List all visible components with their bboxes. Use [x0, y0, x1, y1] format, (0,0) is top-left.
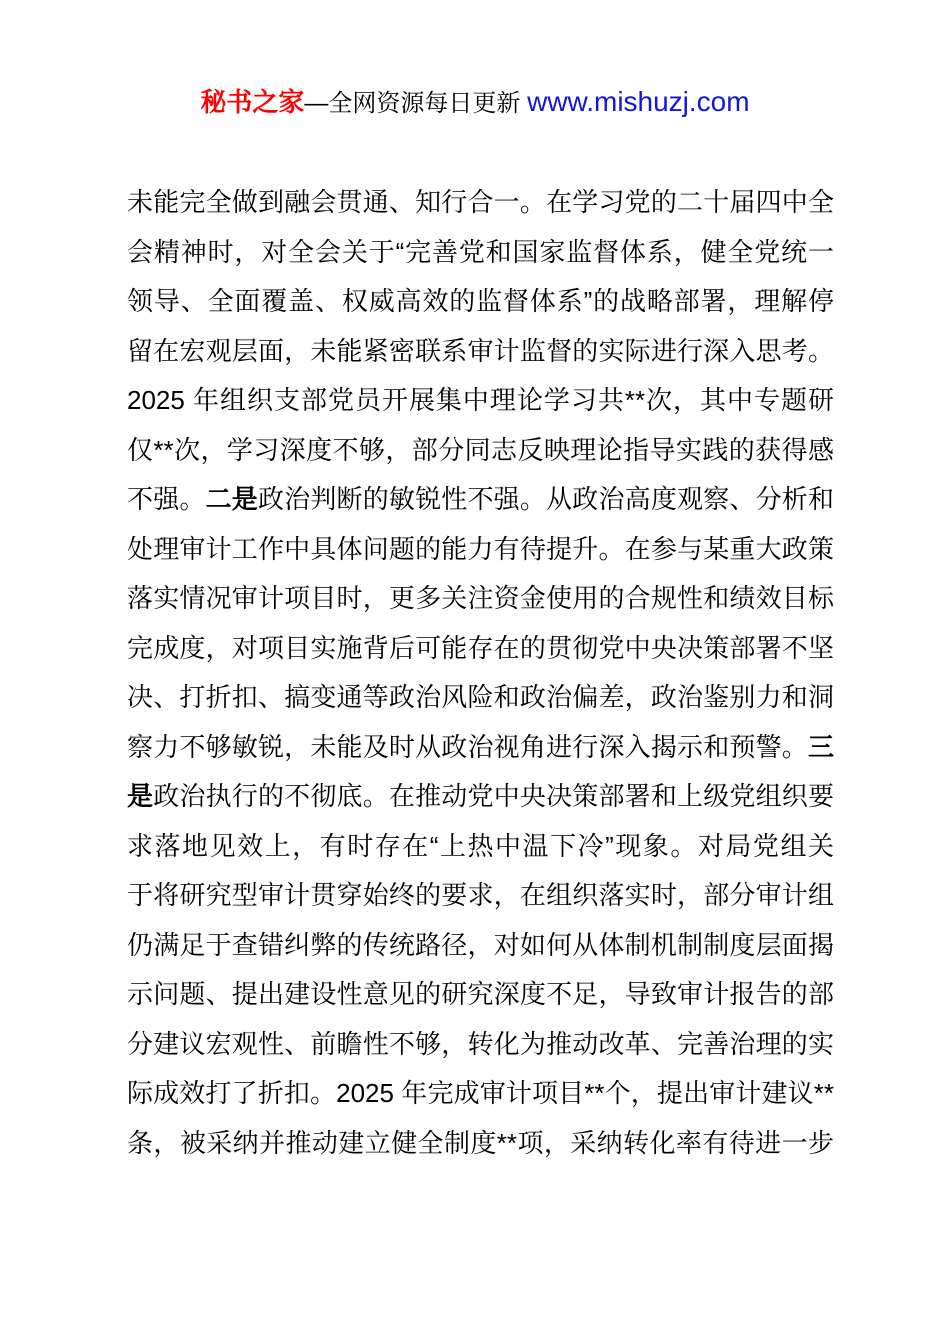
text-segment: 未能完全做到融会贯通、知行合一。在学习党的二十届四中全: [127, 187, 834, 217]
text-segment: 留在宏观层面，未能紧密联系审计监督的实际进行深入思考。: [127, 336, 834, 366]
document-body: 未能完全做到融会贯通、知行合一。在学习党的二十届四中全会精神时，对全会关于“完善…: [127, 178, 834, 1168]
text-segment: 政治判断的敏锐性不强。从政治高度观察、分析和: [258, 484, 834, 514]
text-segment: 际成效打了折扣。2025 年完成审计项目**个，提出审计建议**: [127, 1078, 834, 1108]
text-line: 不强。二是政治判断的敏锐性不强。从政治高度观察、分析和: [127, 475, 834, 525]
text-segment: 于将研究型审计贯穿始终的要求，在组织落实时，部分审计组: [127, 880, 834, 910]
text-segment: 2025 年组织支部党员开展集中理论学习共**次，其中专题研讨: [127, 385, 834, 426]
text-segment: 分建议宏观性、前瞻性不够，转化为推动改革、完善治理的实: [127, 1029, 834, 1059]
text-line: 落实情况审计项目时，更多关注资金使用的合规性和绩效目标: [127, 574, 834, 624]
text-segment: 三: [808, 732, 834, 762]
text-line: 际成效打了折扣。2025 年完成审计项目**个，提出审计建议**: [127, 1069, 834, 1119]
text-line: 求落地见效上，有时存在“上热中温下冷”现象。对局党组关: [127, 822, 834, 872]
text-segment: 察力不够敏锐，未能及时从政治视角进行深入揭示和预警。: [127, 732, 808, 762]
text-line: 于将研究型审计贯穿始终的要求，在组织落实时，部分审计组: [127, 871, 834, 921]
text-segment: 仍满足于查错纠弊的传统路径，对如何从体制机制制度层面揭: [127, 930, 834, 960]
text-line: 留在宏观层面，未能紧密联系审计监督的实际进行深入思考。: [127, 327, 834, 377]
site-header: 秘书之家—全网资源每日更新 www.mishuzj.com: [0, 84, 950, 122]
header-dash: —: [304, 90, 328, 117]
text-line: 仅**次，学习深度不够，部分同志反映理论指导实践的获得感: [127, 426, 834, 476]
text-segment: 落实情况审计项目时，更多关注资金使用的合规性和绩效目标: [127, 583, 834, 613]
text-line: 完成度，对项目实施背后可能存在的贯彻党中央决策部署不坚: [127, 624, 834, 674]
text-segment: 仅**次，学习深度不够，部分同志反映理论指导实践的获得感: [127, 435, 834, 465]
text-line: 分建议宏观性、前瞻性不够，转化为推动改革、完善治理的实: [127, 1020, 834, 1070]
text-segment: 政治执行的不彻底。在推动党中央决策部署和上级党组织要: [153, 781, 834, 811]
text-line: 仍满足于查错纠弊的传统路径，对如何从体制机制制度层面揭: [127, 921, 834, 971]
text-line: 是政治执行的不彻底。在推动党中央决策部署和上级党组织要: [127, 772, 834, 822]
text-line: 未能完全做到融会贯通、知行合一。在学习党的二十届四中全: [127, 178, 834, 228]
text-segment: 处理审计工作中具体问题的能力有待提升。在参与某重大政策: [127, 534, 834, 564]
text-line: 决、打折扣、搞变通等政治风险和政治偏差，政治鉴别力和洞: [127, 673, 834, 723]
text-segment: 二是: [206, 484, 258, 514]
text-segment: 会精神时，对全会关于“完善党和国家监督体系，健全党统一: [127, 237, 834, 267]
site-tagline: 全网资源每日更新: [328, 90, 527, 117]
text-line: 2025 年组织支部党员开展集中理论学习共**次，其中专题研讨: [127, 376, 834, 426]
text-segment: 是: [127, 781, 153, 811]
text-segment: 不强。: [127, 484, 206, 514]
text-line: 领导、全面覆盖、权威高效的监督体系”的战略部署，理解停: [127, 277, 834, 327]
site-name-text: 秘书之家: [200, 87, 304, 117]
text-segment: 领导、全面覆盖、权威高效的监督体系”的战略部署，理解停: [127, 286, 834, 316]
text-segment: 条，被采纳并推动建立健全制度**项，采纳转化率有待进一步: [127, 1128, 834, 1158]
text-line: 条，被采纳并推动建立健全制度**项，采纳转化率有待进一步: [127, 1119, 834, 1169]
text-line: 会精神时，对全会关于“完善党和国家监督体系，健全党统一: [127, 228, 834, 278]
text-segment: 示问题、提出建设性意见的研究深度不足，导致审计报告的部: [127, 979, 834, 1009]
text-line: 处理审计工作中具体问题的能力有待提升。在参与某重大政策: [127, 525, 834, 575]
text-line: 察力不够敏锐，未能及时从政治视角进行深入揭示和预警。三: [127, 723, 834, 773]
text-segment: 求落地见效上，有时存在“上热中温下冷”现象。对局党组关: [127, 831, 834, 861]
text-segment: 决、打折扣、搞变通等政治风险和政治偏差，政治鉴别力和洞: [127, 682, 834, 712]
site-url-link[interactable]: www.mishuzj.com: [527, 86, 749, 117]
document-page: 秘书之家—全网资源每日更新 www.mishuzj.com 未能完全做到融会贯通…: [0, 0, 950, 1344]
text-line: 示问题、提出建设性意见的研究深度不足，导致审计报告的部: [127, 970, 834, 1020]
text-segment: 完成度，对项目实施背后可能存在的贯彻党中央决策部署不坚: [127, 633, 834, 663]
